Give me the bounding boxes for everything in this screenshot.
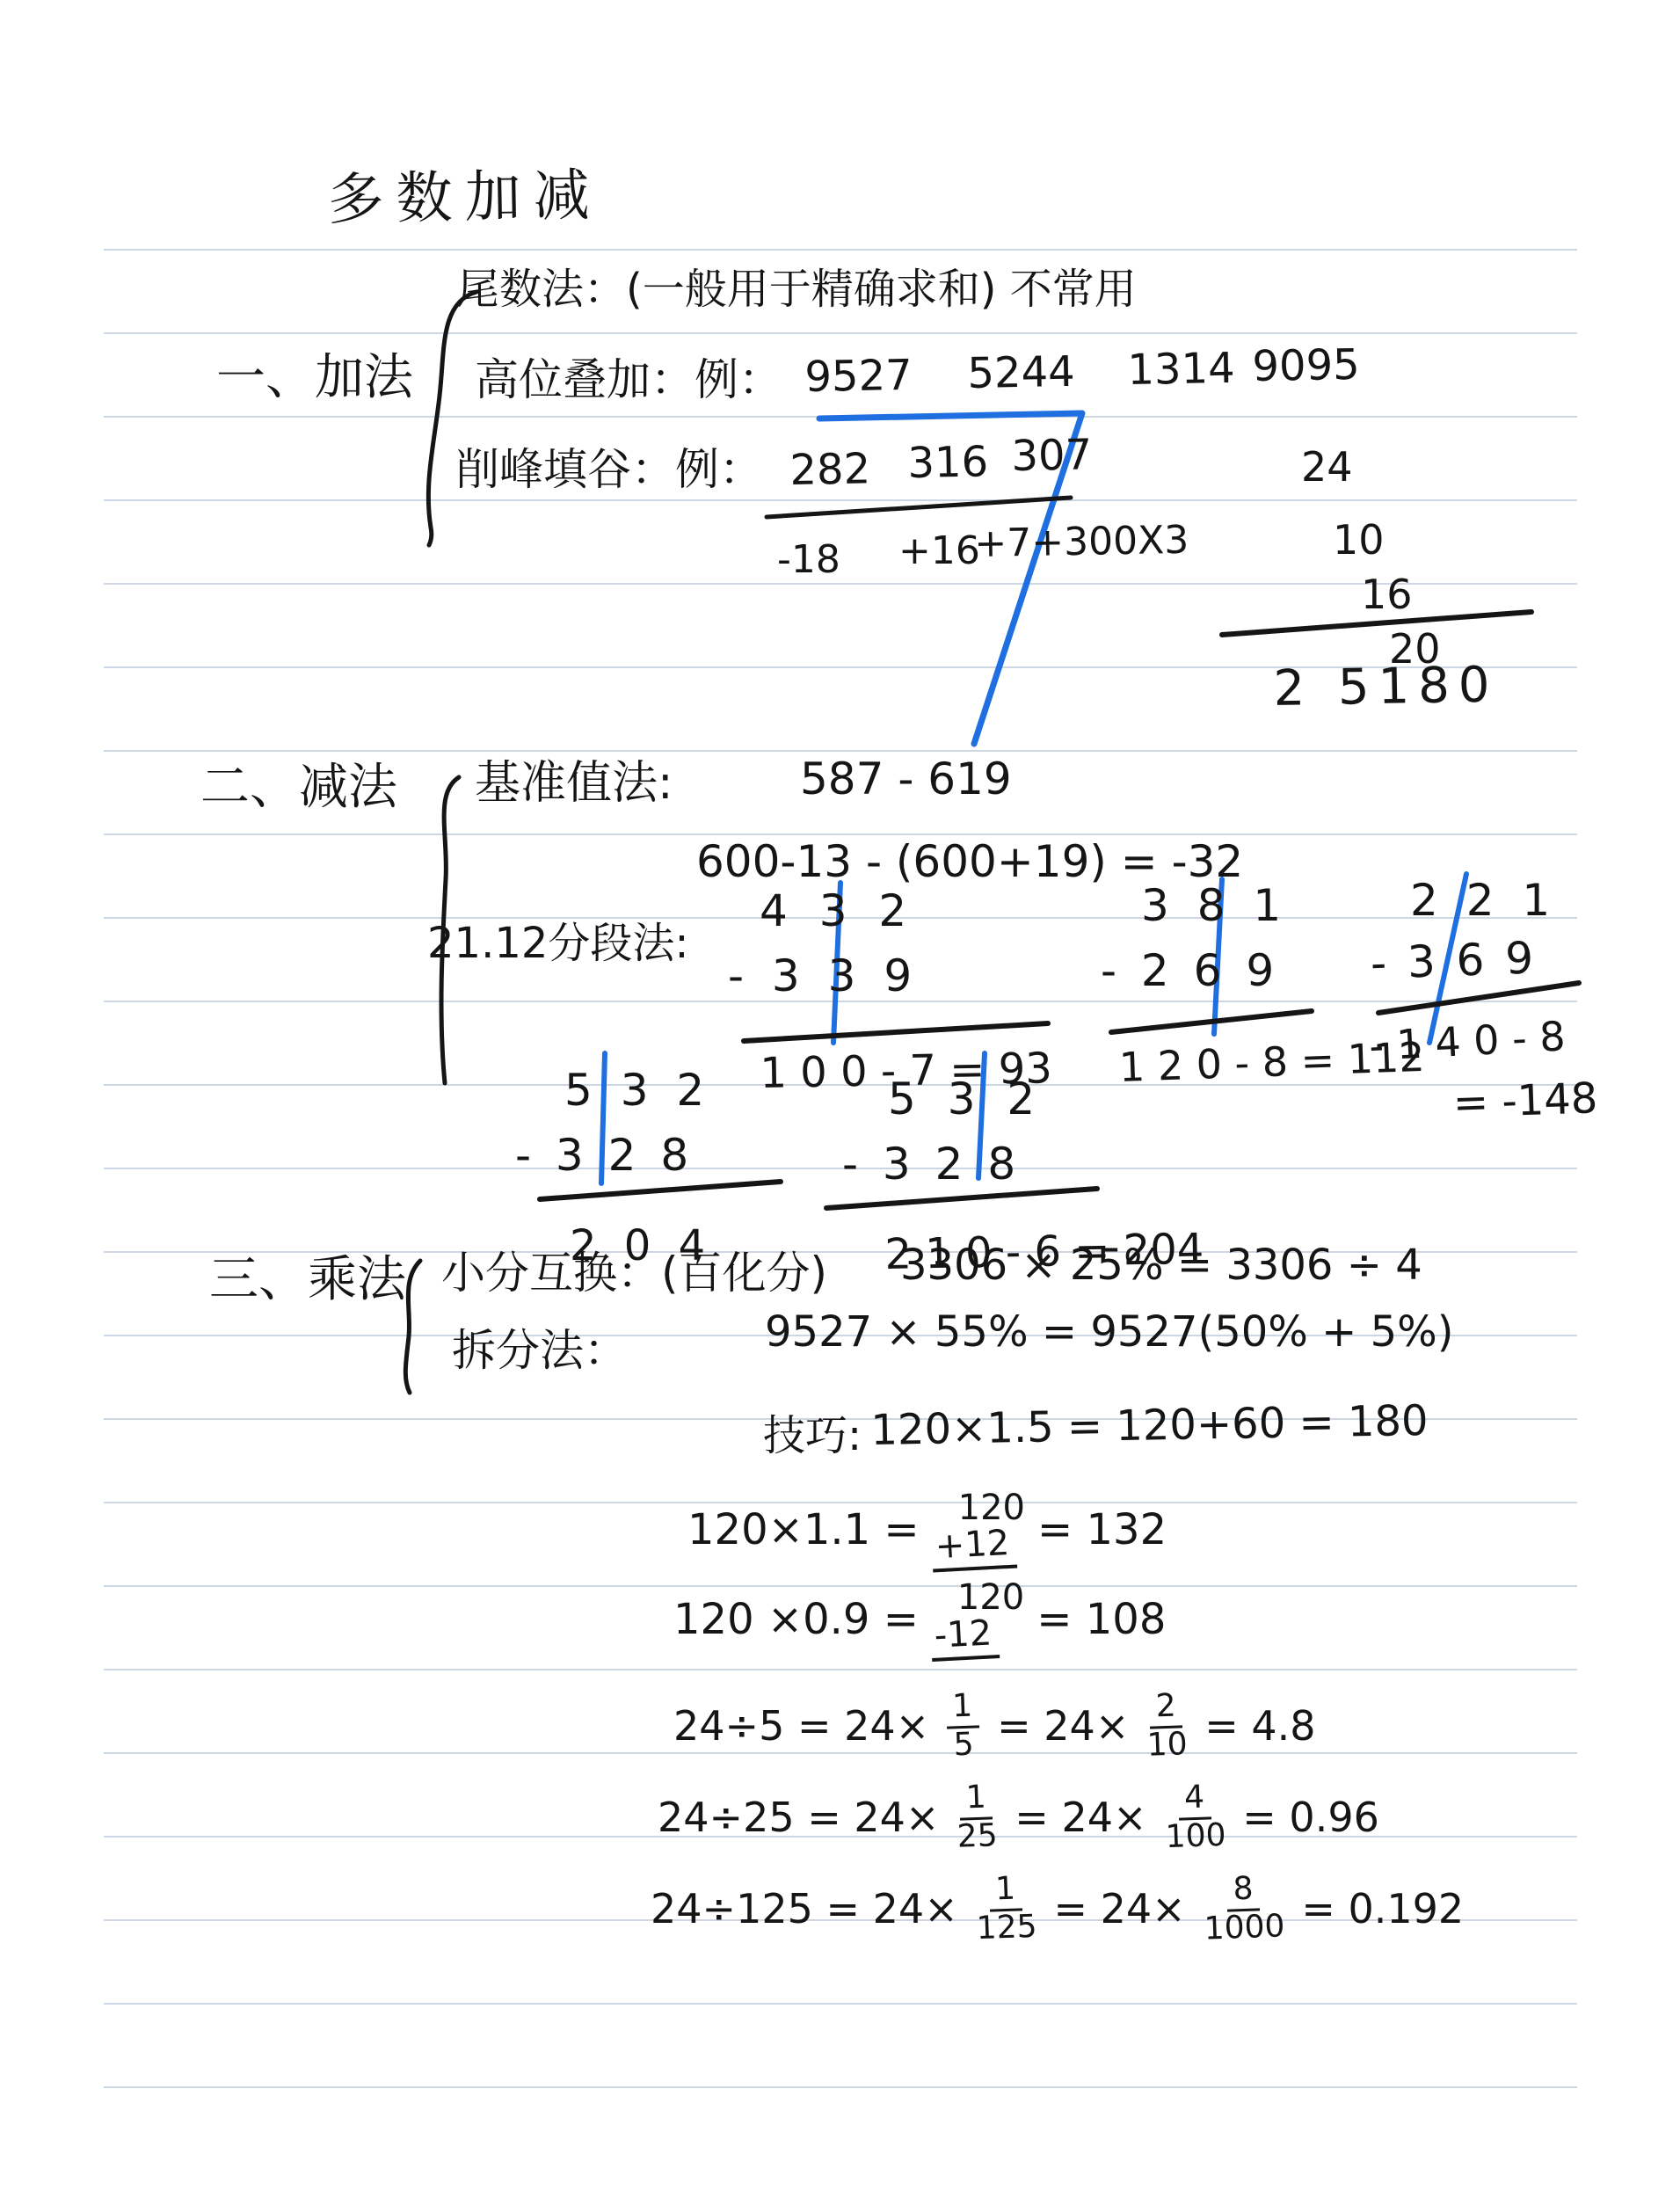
multiplication-heading: 三、乘法 <box>209 1252 406 1308</box>
multiplication-brace <box>405 1261 420 1393</box>
segment-example-3-top: 2 2 1 <box>1410 876 1557 927</box>
trick-line-6-a: 24÷125 = 24× <box>651 1885 958 1932</box>
trick-line-2: 120×1.1 = 120 +12 = 132 <box>687 1489 1167 1570</box>
trick-line-3-right: = 108 <box>1036 1595 1166 1644</box>
stack-number-1: 9527 <box>804 352 913 402</box>
trick-line-5-f1d: 25 <box>957 1819 999 1853</box>
segment-example-3-result2: = -148 <box>1452 1074 1598 1128</box>
segment-example-3-result: - 1 4 0 - 8 <box>1368 1013 1567 1070</box>
trick-line-6-frac2: 8 1000 <box>1202 1871 1284 1946</box>
baseline-method-label: 基准值法: <box>475 758 673 811</box>
trick-line-4-frac1: 1 5 <box>946 1689 981 1762</box>
trick-line-4: 24÷5 = 24× 1 5 = 24× 2 10 = 4.8 <box>673 1690 1316 1762</box>
trick-line-2-den: +12 <box>930 1525 1017 1573</box>
partial-sum-2: 10 <box>1333 517 1385 564</box>
peak-number-2: 316 <box>907 438 989 488</box>
segment-example-2-top: 3 8 1 <box>1141 881 1288 932</box>
peak-adjustment-1: -18 <box>777 538 840 583</box>
column-sum-total: 2 5180 <box>1273 658 1499 718</box>
trick-line-4-f2d: 10 <box>1146 1728 1188 1762</box>
stack-number-3: 1314 <box>1127 345 1235 395</box>
trick-line-2-stack: 120 +12 <box>932 1489 1025 1570</box>
segment-example-1-top: 4 3 2 <box>760 886 915 937</box>
segment-example-4-bottom: - 3 2 8 <box>515 1131 694 1182</box>
stack-number-4: 9095 <box>1252 341 1360 391</box>
tail-method-note: 尾数法：(一般用于精确求和) 不常用 <box>457 266 1137 314</box>
trick-line-4-b: = 24× <box>997 1702 1129 1750</box>
trick-line-5-f1n: 1 <box>960 1780 993 1820</box>
annotation-strokes <box>0 0 1680 2198</box>
stack-method-label: 高位叠加：例： <box>475 355 782 406</box>
trick-line-4-f2n: 2 <box>1149 1689 1182 1729</box>
segment-method-label: 21.12分段法: <box>427 920 689 968</box>
trick-line-5-frac2: 4 100 <box>1163 1780 1226 1854</box>
split-method-label: 拆分法： <box>452 1326 628 1377</box>
addition-brace <box>428 292 476 545</box>
trick-line-3-den: -12 <box>930 1614 1000 1662</box>
segment-example-5-bottom: - 3 2 8 <box>842 1139 1021 1190</box>
subtraction-underline-4 <box>540 1182 781 1199</box>
trick-line-4-f1d: 5 <box>953 1728 974 1762</box>
trick-line-2-num: 120 <box>932 1489 1025 1526</box>
trick-line-6-f1d: 125 <box>976 1911 1037 1946</box>
trick-line-5: 24÷25 = 24× 1 25 = 24× 4 100 = 0.96 <box>658 1781 1379 1853</box>
trick-line-5-a: 24÷25 = 24× <box>658 1794 939 1841</box>
subtraction-underline-1 <box>744 1023 1048 1041</box>
trick-line-2-left: 120×1.1 = <box>687 1505 920 1554</box>
segment-example-3-bottom: - 3 6 9 <box>1370 933 1538 989</box>
convert-method-label: 小分互换：(百化分) <box>441 1248 827 1299</box>
tricks-label: 技巧: <box>763 1412 862 1460</box>
trick-line-3-num: 120 <box>931 1579 1024 1616</box>
peak-method-label: 削峰填谷：例： <box>455 445 763 496</box>
segment-example-5-top: 5 3 2 <box>888 1074 1044 1125</box>
trick-line-6-f2n: 8 <box>1226 1872 1260 1911</box>
trick-line-3-stack: 120 -12 <box>931 1579 1024 1660</box>
partial-sum-3: 16 <box>1361 571 1413 618</box>
segment-example-1-bottom: - 3 3 9 <box>728 951 919 1002</box>
convert-example: 3306 × 25% = 3306 ÷ 4 <box>900 1241 1422 1290</box>
partial-sum-1: 24 <box>1301 444 1353 491</box>
notebook-page: 多数加减 尾数法：(一般用于精确求和) 不常用 一、加法 高位叠加：例： 952… <box>0 0 1680 2198</box>
trick-line-6-b: = 24× <box>1053 1885 1185 1932</box>
trick-line-5-f2d: 100 <box>1165 1819 1226 1854</box>
trick-line-5-b: = 24× <box>1015 1794 1146 1841</box>
trick-line-4-frac2: 2 10 <box>1145 1689 1189 1762</box>
trick-line-5-f2n: 4 <box>1177 1780 1211 1820</box>
peak-number-3: 307 <box>1011 431 1093 481</box>
trick-line-6-f1n: 1 <box>988 1872 1022 1911</box>
peak-number-1: 282 <box>789 445 871 495</box>
trick-line-2-right: = 132 <box>1037 1505 1167 1554</box>
baseline-example: 587 - 619 <box>800 754 1012 805</box>
trick-line-3-left: 120 ×0.9 = <box>673 1595 919 1644</box>
trick-line-6: 24÷125 = 24× 1 125 = 24× 8 1000 = 0.192 <box>651 1873 1464 1945</box>
trick-line-1: 120×1.5 = 120+60 = 180 <box>870 1397 1429 1455</box>
trick-line-5-c: = 0.96 <box>1242 1794 1379 1841</box>
segment-example-2-bottom: - 2 6 9 <box>1101 946 1279 997</box>
subtraction-underline-5 <box>826 1189 1097 1208</box>
trick-line-5-frac1: 1 25 <box>956 1780 999 1853</box>
peak-adjustment-2: +16 <box>898 529 980 574</box>
subtraction-underline-2 <box>1111 1011 1312 1032</box>
stack-number-2: 5244 <box>967 348 1075 398</box>
segment-example-4-top: 5 3 2 <box>564 1066 711 1117</box>
page-title: 多数加减 <box>327 164 602 234</box>
trick-line-6-frac1: 1 125 <box>974 1872 1037 1946</box>
trick-line-4-c: = 4.8 <box>1204 1702 1315 1750</box>
trick-line-6-f2d: 1000 <box>1204 1910 1285 1946</box>
trick-line-3: 120 ×0.9 = 120 -12 = 108 <box>673 1579 1166 1660</box>
peak-adjustment-3: +7+300X3 <box>974 519 1189 567</box>
trick-line-6-c: = 0.192 <box>1301 1885 1464 1932</box>
split-example: 9527 × 55% = 9527(50% + 5%) <box>765 1308 1454 1357</box>
addition-heading: 一、加法 <box>216 350 413 406</box>
trick-line-4-f1n: 1 <box>946 1689 979 1729</box>
subtraction-heading: 二、减法 <box>200 760 397 816</box>
peak-numbers-underline <box>767 498 1071 517</box>
trick-line-4-a: 24÷5 = 24× <box>673 1702 929 1750</box>
